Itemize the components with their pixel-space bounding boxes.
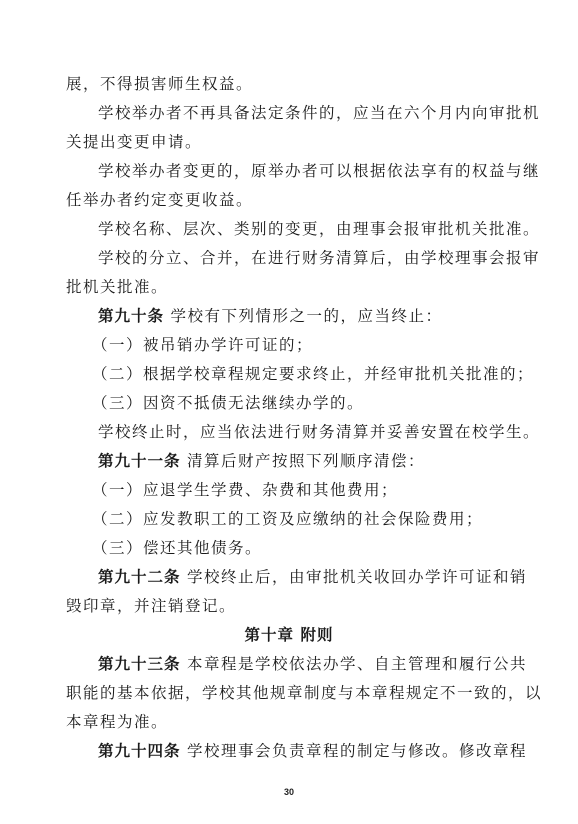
text-line: 展，不得损害师生权益。 xyxy=(66,70,512,99)
article-94: 第九十四条 学校理事会负责章程的制定与修改。修改章程 xyxy=(98,737,512,766)
text-line: 学校举办者不再具备法定条件的，应当在六个月内向审批机 xyxy=(98,99,512,128)
text-line: 学校名称、层次、类别的变更，由理事会报审批机关批准。 xyxy=(98,215,512,244)
list-item: （三）偿还其他债务。 xyxy=(92,534,506,563)
text-line: 学校举办者变更的，原举办者可以根据依法享有的权益与继 xyxy=(98,157,512,186)
page-number: 30 xyxy=(0,787,578,797)
article-title: 第九十四条 xyxy=(98,742,181,760)
article-title: 第九十条 xyxy=(98,307,164,325)
text-line: 职能的基本依据，学校其他规章制度与本章程规定不一致的，以 xyxy=(66,679,512,708)
article-91: 第九十一条 清算后财产按照下列顺序清偿： xyxy=(98,447,512,476)
article-text: 清算后财产按照下列顺序清偿： xyxy=(181,452,425,470)
list-item: （一）被吊销办学许可证的； xyxy=(92,331,506,360)
text-line: 任举办者约定变更收益。 xyxy=(66,186,512,215)
article-text: 学校理事会负责章程的制定与修改。修改章程 xyxy=(181,742,527,760)
list-item: （一）应退学生学费、杂费和其他费用； xyxy=(92,476,506,505)
article-text: 本章程是学校依法办学、自主管理和履行公共 xyxy=(181,655,527,673)
article-92: 第九十二条 学校终止后，由审批机关收回办学许可证和销 xyxy=(98,563,512,592)
chapter-heading: 第十章 附则 xyxy=(0,621,578,650)
article-title: 第九十二条 xyxy=(98,568,181,586)
document-page: 展，不得损害师生权益。 学校举办者不再具备法定条件的，应当在六个月内向审批机 关… xyxy=(0,0,578,824)
list-item: （三）因资不抵债无法继续办学的。 xyxy=(92,389,506,418)
article-title: 第九十一条 xyxy=(98,452,181,470)
list-item: （二）应发教职工的工资及应缴纳的社会保险费用； xyxy=(92,505,506,534)
text-line: 毁印章，并注销登记。 xyxy=(66,592,512,621)
article-text: 学校终止后，由审批机关收回办学许可证和销 xyxy=(181,568,527,586)
list-item: （二）根据学校章程规定要求终止，并经审批机关批准的； xyxy=(92,360,506,389)
text-line: 学校终止时，应当依法进行财务清算并妥善安置在校学生。 xyxy=(98,418,512,447)
text-line: 批机关批准。 xyxy=(66,273,512,302)
article-text: 学校有下列情形之一的，应当终止： xyxy=(164,307,442,325)
text-line: 关提出变更申请。 xyxy=(66,128,512,157)
article-title: 第九十三条 xyxy=(98,655,181,673)
text-line: 学校的分立、合并，在进行财务清算后，由学校理事会报审 xyxy=(98,244,512,273)
text-line: 本章程为准。 xyxy=(66,708,512,737)
article-93: 第九十三条 本章程是学校依法办学、自主管理和履行公共 xyxy=(98,650,512,679)
article-90: 第九十条 学校有下列情形之一的，应当终止： xyxy=(98,302,512,331)
